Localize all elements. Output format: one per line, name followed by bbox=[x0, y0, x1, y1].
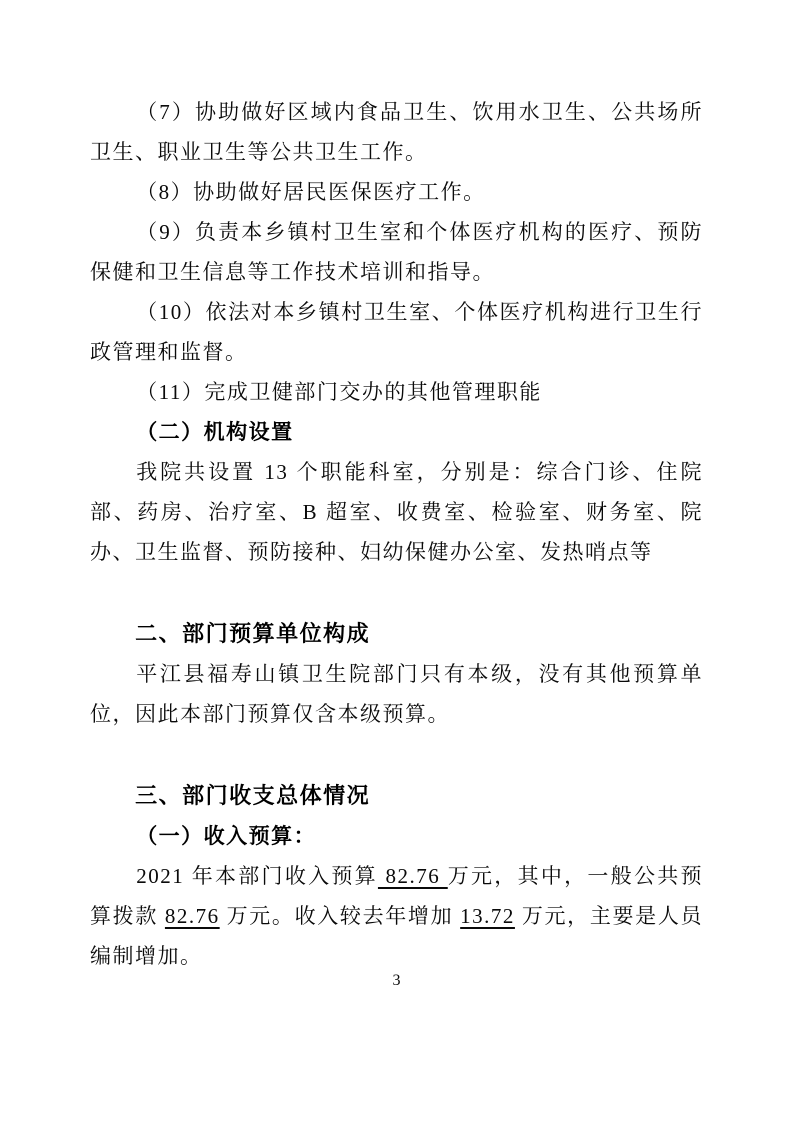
paragraph-org-setup: 我院共设置 13 个职能科室，分别是：综合门诊、住院部、药房、治疗室、B 超室、… bbox=[90, 452, 703, 572]
heading-section-2: 二、部门预算单位构成 bbox=[90, 614, 703, 654]
underlined-value: 82.76 bbox=[165, 904, 220, 928]
document-body: （7）协助做好区域内食品卫生、饮用水卫生、公共场所卫生、职业卫生等公共卫生工作。… bbox=[90, 92, 703, 976]
paragraph-section-2: 平江县福寿山镇卫生院部门只有本级，没有其他预算单位，因此本部门预算仅含本级预算。 bbox=[90, 654, 703, 734]
text-run: （一）收入预算： bbox=[136, 824, 316, 848]
underlined-value: 13.72 bbox=[460, 904, 515, 928]
heading-section-3: 三、部门收支总体情况 bbox=[90, 776, 703, 816]
paragraph-income-budget: 2021 年本部门收入预算 82.76 万元，其中，一般公共预算拨款 82.76… bbox=[90, 856, 703, 976]
text-run: （10）依法对本乡镇村卫生室、个体医疗机构进行卫生行政管理和监督。 bbox=[90, 300, 703, 364]
paragraph-item-11: （11）完成卫健部门交办的其他管理职能 bbox=[90, 372, 703, 412]
text-run: 万元。收入较去年增加 bbox=[220, 904, 461, 928]
text-run: （11）完成卫健部门交办的其他管理职能 bbox=[136, 380, 542, 404]
text-run: （8）协助做好居民医保医疗工作。 bbox=[136, 180, 486, 204]
underlined-value: 82.76 bbox=[378, 864, 448, 888]
paragraph-item-9: （9）负责本乡镇村卫生室和个体医疗机构的医疗、预防保健和卫生信息等工作技术培训和… bbox=[90, 212, 703, 292]
paragraph-item-7: （7）协助做好区域内食品卫生、饮用水卫生、公共场所卫生、职业卫生等公共卫生工作。 bbox=[90, 92, 703, 172]
paragraph-item-8: （8）协助做好居民医保医疗工作。 bbox=[90, 172, 703, 212]
heading-org-setup: （二）机构设置 bbox=[90, 412, 703, 452]
text-run: 三、部门收支总体情况 bbox=[135, 783, 370, 808]
text-run: （二）机构设置 bbox=[136, 420, 294, 444]
text-run: （9）负责本乡镇村卫生室和个体医疗机构的医疗、预防保健和卫生信息等工作技术培训和… bbox=[90, 220, 703, 284]
text-run: 我院共设置 13 个职能科室，分别是：综合门诊、住院部、药房、治疗室、B 超室、… bbox=[90, 460, 703, 564]
text-run: （7）协助做好区域内食品卫生、饮用水卫生、公共场所卫生、职业卫生等公共卫生工作。 bbox=[90, 100, 703, 164]
heading-income-budget: （一）收入预算： bbox=[90, 816, 703, 856]
text-run: 平江县福寿山镇卫生院部门只有本级，没有其他预算单位，因此本部门预算仅含本级预算。 bbox=[90, 662, 703, 726]
paragraph-item-10: （10）依法对本乡镇村卫生室、个体医疗机构进行卫生行政管理和监督。 bbox=[90, 292, 703, 372]
text-run: 二、部门预算单位构成 bbox=[135, 621, 370, 646]
text-run: 2021 年本部门收入预算 bbox=[136, 864, 378, 888]
document-page: （7）协助做好区域内食品卫生、饮用水卫生、公共场所卫生、职业卫生等公共卫生工作。… bbox=[0, 0, 793, 1122]
page-number: 3 bbox=[0, 972, 793, 990]
